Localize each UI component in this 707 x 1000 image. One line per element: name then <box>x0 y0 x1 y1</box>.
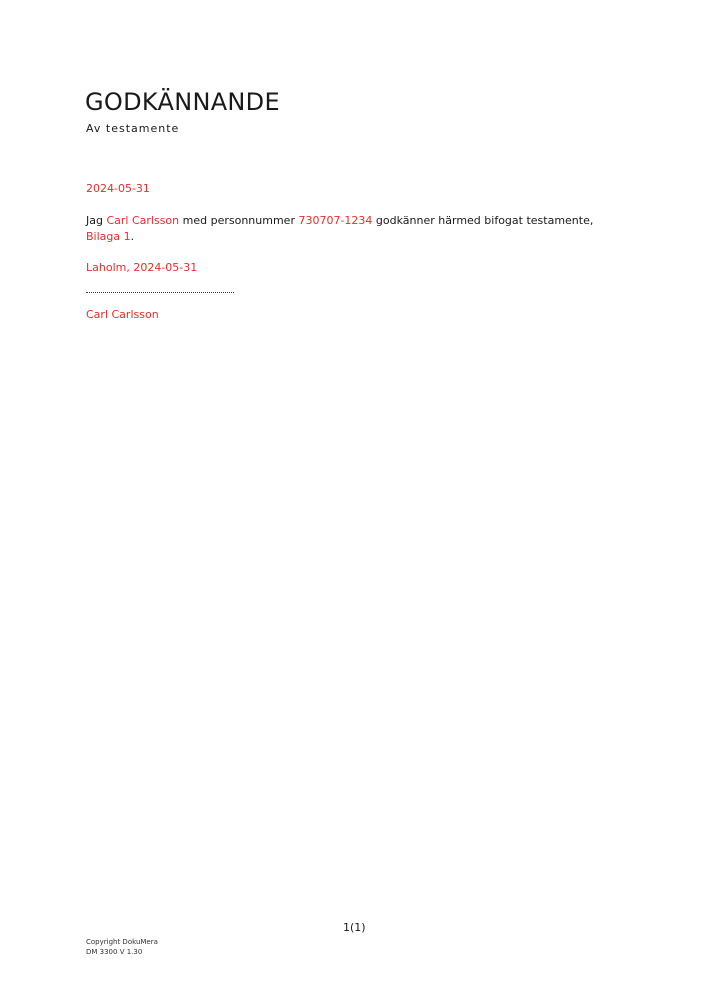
statement-prefix: Jag <box>86 214 106 227</box>
signature-line <box>86 292 234 293</box>
approver-name: Carl Carlsson <box>106 214 179 227</box>
footer: Copyright DokuMera DM 3300 V 1.30 <box>86 937 158 957</box>
statement-middle: med personnummer <box>179 214 298 227</box>
signature-name: Carl Carlsson <box>86 308 159 321</box>
document-title: GODKÄNNANDE <box>85 88 280 116</box>
attachment-reference: Bilaga 1 <box>86 230 131 243</box>
document-date: 2024-05-31 <box>86 182 150 195</box>
statement-end: . <box>131 230 135 243</box>
personnummer: 730707-1234 <box>298 214 372 227</box>
document-subtitle: Av testamente <box>86 122 179 135</box>
page-number: 1(1) <box>343 921 366 934</box>
footer-copyright: Copyright DokuMera <box>86 937 158 947</box>
approval-statement: Jag Carl Carlsson med personnummer 73070… <box>86 213 626 245</box>
footer-version: DM 3300 V 1.30 <box>86 947 158 957</box>
statement-suffix: godkänner härmed bifogat testamente, <box>372 214 593 227</box>
place-and-date: Laholm, 2024-05-31 <box>86 261 197 274</box>
